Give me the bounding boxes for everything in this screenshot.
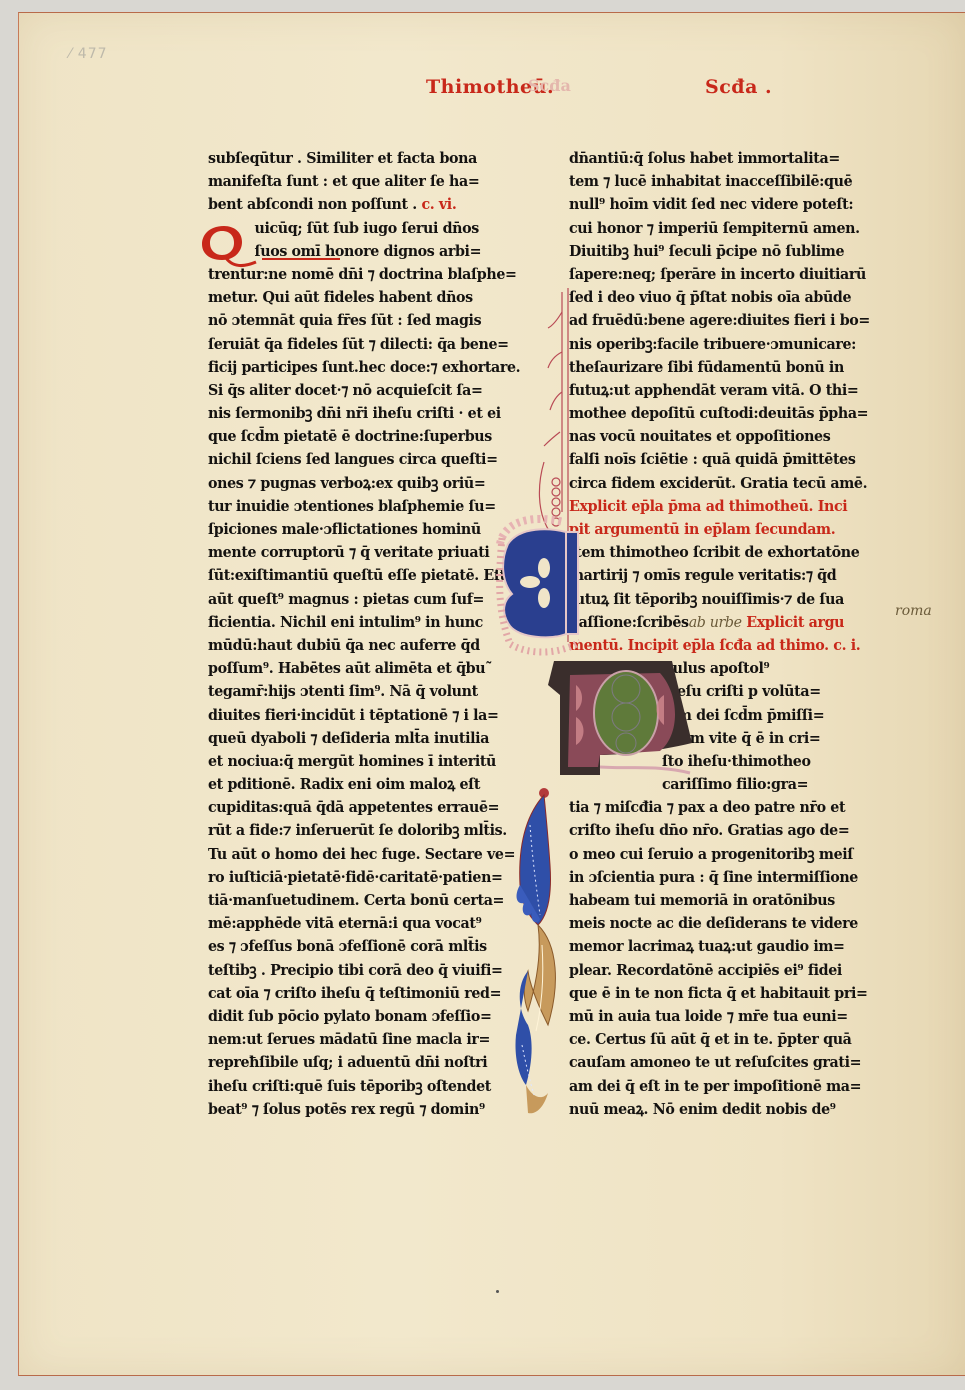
rubricated-initial-q	[198, 222, 258, 272]
text-line: null⁹ hoīm vidit ſed nec videre poteſt:	[569, 193, 870, 216]
argument-line: martirij ⁊ omīs regule veritatis:⁊ q̄d	[569, 564, 870, 587]
text-line: Si q̄s aliter docet·⁊ nō acquieſcit ſa=	[208, 379, 520, 402]
text-line: manifeſta ſunt : et que aliter ſe ha=	[208, 170, 520, 193]
text-line: nō ɔtemnāt quia fr̄es ſūt : ſed magis	[208, 309, 520, 332]
text-line: metur. Qui aūt fideles habent dn̄os	[208, 286, 520, 309]
text-line: ones ⁊ pugnas verboꝝ:ex quibꝫ oriū=	[208, 472, 520, 495]
text-line: ad fruēdū:bene agere:diuites fieri i bo=	[569, 309, 870, 332]
text-line: ſed i deo viuo q̄ p̄ſtat nobis oīa abūde	[569, 286, 870, 309]
text-line: theſaurizare ſibi fūdamentū bonū in	[569, 356, 870, 379]
text-line: plear. Recordatōnē accipiēs ei⁹ fidei	[569, 959, 870, 982]
text-line: meis nocte ac die deſiderans te videre	[569, 912, 870, 935]
text-line: habeam tui memoriā in oratōnibus	[569, 889, 870, 912]
text-line: tegamr̄:hijs ɔtenti ſim⁹. Nā q̄ volunt	[208, 680, 520, 703]
text-line: es ⁊ ɔfeſſus bonā ɔfeſſionē corā mlt̄is	[208, 935, 520, 958]
text-line: ſapere:neq; ſperāre in incerto diuitiarū	[569, 263, 870, 286]
text-line: diuites fieri·incidūt i tēptationē ⁊ i l…	[208, 704, 520, 727]
acanthus-vine-ornament	[508, 785, 568, 1125]
text-line: tem ⁊ lucē inhabitat inacceſſibilē:quē	[569, 170, 870, 193]
paper-speck	[496, 1290, 499, 1293]
text-line: am dei q̄ eſt in te per impoſitionē ma=	[569, 1075, 870, 1098]
text-line: poſſum⁹. Habētes aūt alimēta et q̄bu˜	[208, 657, 520, 680]
text-line: nichil ſciens ſed langues circa queſti=	[208, 448, 520, 471]
text-line: et pditionē. Radix eni oim maloꝝ eſt	[208, 773, 520, 796]
argument-line: Item thimotheo ſcribit de exhortatōne	[569, 541, 870, 564]
text-line: o meo cui ſeruio a progenitoribꝫ meiſ	[569, 843, 870, 866]
text-line: Tu aūt o homo dei hec fuge. Sectare ve=	[208, 843, 520, 866]
text-line: aūt queſt⁹ magnus : pietas cum ſuf=	[208, 588, 520, 611]
text-line: nis ſermonibꝫ dn̄i nr̄i iheſu criſti · e…	[208, 402, 520, 425]
text-line: cauſam amoneo te ut reſuſcites grati=	[569, 1051, 870, 1074]
text-line: que ē in te non ficta q̄ et habitauit pr…	[569, 982, 870, 1005]
text-line: ce. Certus ſū aūt q̄ et in te. p̄pter qu…	[569, 1028, 870, 1051]
text-line: ro iuſticiā·pietatē·fidē·caritatē·patien…	[208, 866, 520, 889]
text-line: queū dyaboli ⁊ deſideria mlt̄a inutilia	[208, 727, 520, 750]
running-head-show-through: Scđa	[528, 76, 571, 95]
text-line: nis operibꝫ:facile tribuere·ɔmunicare:	[569, 333, 870, 356]
text-line: beat⁹ ⁊ ſolus potēs rex regū ⁊ domin⁹	[208, 1098, 520, 1121]
text-line: memor lacrimaꝝ tuaꝝ:ut gaudio im=	[569, 935, 870, 958]
rubric-line: pit argumentū in ep̄lam ſecundam.	[569, 518, 870, 541]
text-line: criſto iheſu dn̄o nr̄o. Gratias ago de=	[569, 819, 870, 842]
rubric-explicit: Explicit argu	[746, 613, 844, 631]
text-line: Diuitibꝫ hui⁹ ſeculi p̄cipe nō ſublime	[569, 240, 870, 263]
text-line: mente corruptorū ⁊ q̄ veritate priuati	[208, 541, 520, 564]
text-line: mē:apphēde vitā eternā:i qua vocat⁹	[208, 912, 520, 935]
rubric-line: Explicit ep̄la p̄ma ad thimotheū. Inci	[569, 495, 870, 518]
text-line: mū in auia tua loide ⁊ mr̄e tua euni=	[569, 1005, 870, 1028]
text-line: ſūt:exiſtimantiū queſtū eſſe pietatē. Eſ…	[208, 564, 520, 587]
text-line: ficientia. Nichil eni intulim⁹ in hunc	[208, 611, 520, 634]
argument-line: futuꝝ ſit tēporibꝫ nouiſſimis·⁊ de ſua	[569, 588, 870, 611]
text-line: in ɔſcientia pura : q̄ ſine intermiſſion…	[569, 866, 870, 889]
text-line: mūdū:haut dubiū q̄a nec auferre q̄d	[208, 634, 520, 657]
text-line: repreħſibile uſq; i aduentū dn̄i noſtri	[208, 1051, 520, 1074]
text-line: teſtibꝫ . Precipio tibi corā deo q̄ viui…	[208, 959, 520, 982]
illuminated-initial-p	[540, 655, 700, 785]
text-line: circa fidem exciderūt. Gratia tecū amē.	[569, 472, 870, 495]
text-line: ficij participes ſunt.hec doce:⁊ exhorta…	[208, 356, 520, 379]
text-line: nuū meaꝝ. Nō enim dedit nobis de⁹	[569, 1098, 870, 1121]
text-line: ſpiciones male·ɔflictationes hominū	[208, 518, 520, 541]
text-line: futuꝝ:ut apphendāt veram vitā. O thi=	[569, 379, 870, 402]
text-line: mothee depoſitū cuſtodi:deuitās p̄pha=	[569, 402, 870, 425]
text-line: nem:ut ſerues mādatū ſine macla ir=	[208, 1028, 520, 1051]
pencil-folio-mark: ⁄ 477	[69, 46, 108, 62]
text-line: rūt a fide:⁊ inſeruerūt ſe doloribꝫ mlt̄…	[208, 819, 520, 842]
text-line: didit ſub pōcio pylato bonam ɔfeſſio=	[208, 1005, 520, 1028]
right-text-column: dn̄antiū:q̄ ſolus habet immortalita= tem…	[569, 147, 870, 1121]
text-line: cupiditas:quā q̄dā appetentes errauē=	[208, 796, 520, 819]
text-line: cat oīa ⁊ criſto iheſu q̄ teſtimoniū red…	[208, 982, 520, 1005]
text-line: tiā·manſuetudinem. Certa bonū certa=	[208, 889, 520, 912]
underline-stroke	[262, 258, 340, 260]
text-line: iheſu criſti:quē ſuis tēporibꝫ oſtendet	[208, 1075, 520, 1098]
text-line: ſeruiāt q̄a fideles ſūt ⁊ dilecti: q̄a b…	[208, 333, 520, 356]
text-line: et nociua:q̄ mergūt homines ī interitū	[208, 750, 520, 773]
text-line: dn̄antiū:q̄ ſolus habet immortalita=	[569, 147, 870, 170]
text-line: tia ⁊ miſcđia ⁊ pax a deo patre nr̄o et	[569, 796, 870, 819]
chapter-mark: c. vi.	[421, 195, 456, 213]
text-line: subſeqūtur . Similiter et facta bona	[208, 147, 520, 170]
text-line: nas vocū nouitates et oppoſitiones	[569, 425, 870, 448]
text-line: que ſcd̄m pietatē ē doctrine:ſuperbus	[208, 425, 520, 448]
text-line: bent abſcondi non poſſunt . c. vi.	[208, 193, 520, 216]
running-head-right: Scđa .	[705, 76, 772, 98]
illuminated-initial-i	[490, 282, 580, 662]
argument-line: paſſione:ſcribēsab urbe Explicit argu	[569, 611, 870, 634]
text-line: falſi noīs ſciētie : quā quidā p̄mittēte…	[569, 448, 870, 471]
handwritten-insertion: ab urbe	[689, 613, 742, 631]
text-line: tur inuidie ɔtentiones blaſphemie ſu=	[208, 495, 520, 518]
rubric-line: mentū. Incipit ep̄la ſcđa ad thimo. c. i…	[569, 634, 870, 657]
left-text-column: subſeqūtur . Similiter et facta bona man…	[208, 147, 520, 1121]
marginal-note: roma	[895, 603, 932, 619]
text-line: cui honor ⁊ imperiū ſempiternū amen.	[569, 217, 870, 240]
